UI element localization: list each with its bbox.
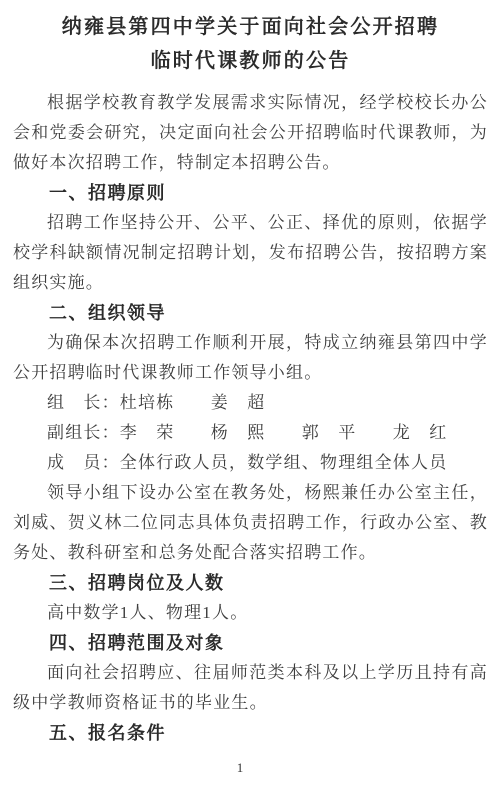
document-title-line-2: 临时代课教师的公告 — [13, 44, 488, 78]
page-number: 1 — [225, 760, 255, 776]
paragraph-scope: 面向社会招聘应、往届师范类本科及以上学历且持有高级中学教师资格证书的毕业生。 — [13, 658, 488, 718]
line-deputy-leaders: 副组长：李 荣 杨 熙 郭 平 龙 红 — [13, 418, 488, 448]
line-members: 成 员：全体行政人员，数学组、物理组全体人员 — [13, 448, 488, 478]
heading-section-2: 二、组织领导 — [13, 298, 488, 328]
heading-section-4: 四、招聘范围及对象 — [13, 628, 488, 658]
document-title: 纳雍县第四中学关于面向社会公开招聘 临时代课教师的公告 — [13, 10, 488, 78]
paragraph-principles: 招聘工作坚持公开、公平、公正、择优的原则，依据学校学科缺额情况制定招聘计划，发布… — [13, 208, 488, 298]
document-title-line-1: 纳雍县第四中学关于面向社会公开招聘 — [13, 10, 488, 44]
line-group-leader: 组 长：杜培栋 姜 超 — [13, 388, 488, 418]
paragraph-positions: 高中数学1人、物理1人。 — [13, 598, 488, 628]
heading-section-5: 五、报名条件 — [13, 718, 488, 748]
document-body: 根据学校教育教学发展需求实际情况，经学校校长办公会和党委会研究，决定面向社会公开… — [13, 88, 488, 748]
heading-section-3: 三、招聘岗位及人数 — [13, 568, 488, 598]
document-page: 纳雍县第四中学关于面向社会公开招聘 临时代课教师的公告 根据学校教育教学发展需求… — [0, 0, 502, 793]
paragraph-leading-group: 为确保本次招聘工作顺利开展，特成立纳雍县第四中学公开招聘临时代课教师工作领导小组… — [13, 328, 488, 388]
paragraph-office-duties: 领导小组下设办公室在教务处，杨熙兼任办公室主任，刘威、贺义林二位同志具体负责招聘… — [13, 478, 488, 568]
heading-section-1: 一、招聘原则 — [13, 178, 488, 208]
paragraph-intro: 根据学校教育教学发展需求实际情况，经学校校长办公会和党委会研究，决定面向社会公开… — [13, 88, 488, 178]
